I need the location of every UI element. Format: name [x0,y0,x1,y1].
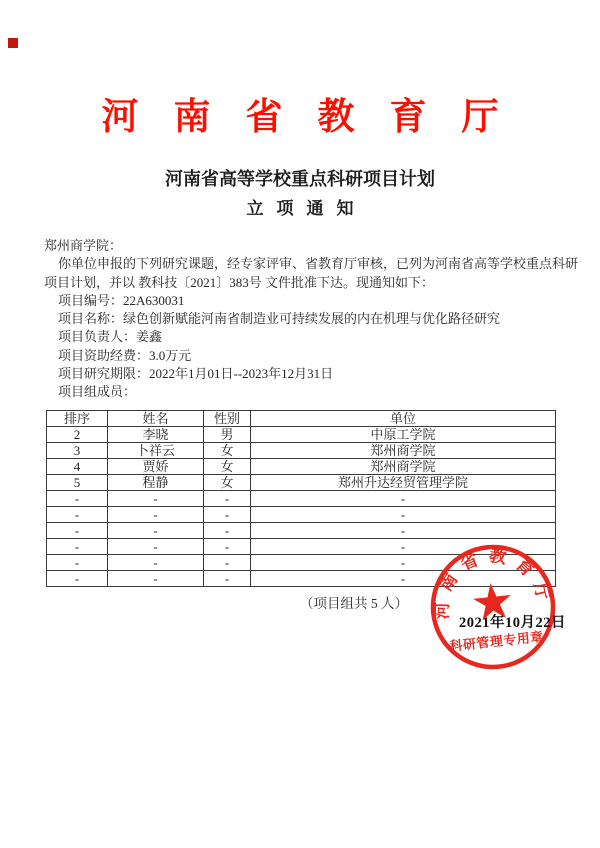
cell-unit: 中原工学院 [251,427,556,443]
table-row: - - - - [47,491,556,507]
cell-unit: 郑州商学院 [251,443,556,459]
header-gender: 性别 [204,411,251,427]
cell-rank: - [47,539,108,555]
cell-name: 卜祥云 [108,443,204,459]
cell-name: - [108,555,204,571]
cell-unit: 郑州升达经贸管理学院 [251,475,556,491]
header-unit: 单位 [251,411,556,427]
header-name: 姓名 [108,411,204,427]
document-title: 河南省高等学校重点科研项目计划 [0,165,600,191]
cell-unit: - [251,523,556,539]
paragraph-line-2: 项目计划，并以 教科技〔2021〕383号 文件批准下达。现通知如下： [44,274,558,292]
project-period-line: 项目研究期限：2022年1月01日--2023年12月31日 [44,365,558,383]
cell-name: - [108,523,204,539]
members-label-line: 项目组成员： [44,383,558,401]
cell-rank: - [47,571,108,587]
cell-rank: 5 [47,475,108,491]
cell-unit: 郑州商学院 [251,459,556,475]
document-page: 河南省教育厅 河南省高等学校重点科研项目计划 立项通知 郑州商学院： 你单位申报… [0,0,600,848]
document-subtitle: 立项通知 [0,194,600,219]
cell-name: 程静 [108,475,204,491]
member-count-note: （项目组共 5 人） [300,592,408,612]
cell-gender: - [204,523,251,539]
cell-gender: 女 [204,443,251,459]
cell-name: - [108,571,204,587]
table-row: 5 程静 女 郑州升达经贸管理学院 [47,475,556,491]
cell-gender: - [204,539,251,555]
project-leader-line: 项目负责人：姜鑫 [44,328,558,346]
project-name-line: 项目名称：绿色创新赋能河南省制造业可持续发展的内在机理与优化路径研究 [44,310,558,328]
table-row: 3 卜祥云 女 郑州商学院 [47,443,556,459]
cell-name: - [108,491,204,507]
recipient-line: 郑州商学院： [44,237,558,255]
table-row: - - - - [47,523,556,539]
table-row: 2 李晓 男 中原工学院 [47,427,556,443]
official-seal: 河南省教育厅 科研管理专用章 [424,538,562,676]
cell-name: - [108,507,204,523]
cell-gender: 女 [204,459,251,475]
cell-unit: - [251,507,556,523]
cell-rank: - [47,523,108,539]
cell-rank: 4 [47,459,108,475]
cell-rank: 3 [47,443,108,459]
table-row: 4 贾娇 女 郑州商学院 [47,459,556,475]
table-header-row: 排序 姓名 性别 单位 [47,411,556,427]
header-rank: 排序 [47,411,108,427]
cell-unit: - [251,491,556,507]
cell-rank: - [47,491,108,507]
project-number-line: 项目编号：22A630031 [44,292,558,310]
cell-rank: - [47,555,108,571]
cell-name: 贾娇 [108,459,204,475]
seal-bottom-text: 科研管理专用章 [448,629,545,654]
cell-gender: - [204,507,251,523]
cell-gender: - [204,555,251,571]
cell-gender: 男 [204,427,251,443]
project-fund-line: 项目资助经费：3.0万元 [44,347,558,365]
body-text: 郑州商学院： 你单位申报的下列研究课题，经专家评审、省教育厅审核，已列为河南省高… [44,237,558,402]
stamp-date: 2021年10月22日 [459,611,566,632]
cell-gender: 女 [204,475,251,491]
red-square-marker [8,38,18,48]
cell-gender: - [204,491,251,507]
cell-name: - [108,539,204,555]
cell-rank: - [47,507,108,523]
cell-name: 李晓 [108,427,204,443]
letterhead-title: 河南省教育厅 [0,86,600,140]
cell-gender: - [204,571,251,587]
cell-rank: 2 [47,427,108,443]
paragraph-line-1: 你单位申报的下列研究课题，经专家评审、省教育厅审核，已列为河南省高等学校重点科研 [44,255,558,273]
table-row: - - - - [47,507,556,523]
